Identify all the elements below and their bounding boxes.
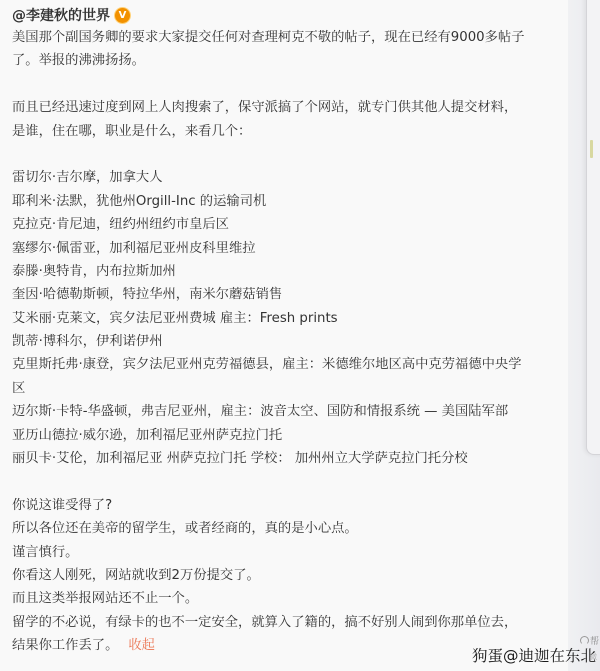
doxxed-list-item: 克拉克·肯尼迪，纽约州纽约市皇后区 [12, 213, 560, 236]
post-container: @李建秋的世界 V 美国那个副国务卿的要求大家提交任何对查理柯克不敬的帖子，现在… [0, 0, 568, 671]
doxxed-list-item: 耶利米·法默，犹他州Orgill-Inc 的运输司机 [12, 190, 560, 213]
side-panel-marker [590, 140, 593, 158]
post-text-line: 而且这类举报网站还不止一个。 [12, 587, 560, 610]
doxxed-list-item: 艾米丽·克莱文，宾夕法尼亚州费城 雇主：Fresh prints [12, 307, 560, 330]
verified-badge-icon: V [115, 8, 130, 23]
doxxed-list-item: 塞缪尔·佩雷亚，加利福尼亚州皮科里维拉 [12, 237, 560, 260]
paragraph-spacer [12, 73, 560, 96]
doxxed-list-item: 丽贝卡·艾伦，加利福尼亚 州萨克拉门托 学校： 加州州立大学萨克拉门托分校 [12, 447, 560, 470]
post-text-line: 留学的不必说，有绿卡的也不一定安全，就算入了籍的，搞不好别人闹到你那单位去， [12, 611, 560, 634]
doxxed-list-item: 亚历山德拉·威尔逊，加利福尼亚州萨克拉门托 [12, 424, 560, 447]
post-text-line: 结果你工作丢了。 [12, 638, 118, 653]
doxxed-list-item: 奎因·哈德勒斯顿，特拉华州，南米尔蘑菇销售 [12, 283, 560, 306]
right-side-panel[interactable] [586, 0, 600, 455]
doxxed-list-item: 雷切尔·吉尔摩，加拿大人 [12, 166, 560, 189]
post-text-line: 而且已经迅速过度到网上人肉搜索了，保守派搞了个网站，就专门供其他人提交材料， [12, 96, 560, 119]
post-text-line: 你看这人刚死，网站就收到2万份提交了。 [12, 564, 560, 587]
doxxed-list-item: 克里斯托弗·康登，宾夕法尼亚州克劳福德县，雇主：米德维尔地区高中克劳福德中央学 [12, 353, 560, 376]
help-label: 帮 [590, 634, 599, 647]
post-text-line: 你说这谁受得了? [12, 494, 560, 517]
refresh-help-icon [580, 636, 589, 645]
doxxed-list-item: 迈尔斯·卡特-华盛顿，弗吉尼亚州，雇主：波音太空、国防和情报系统 — 美国陆军部 [12, 400, 560, 423]
post-text-line: 了。举报的沸沸扬扬。 [12, 49, 560, 72]
help-sub-label: 微 [590, 652, 597, 662]
author-name[interactable]: @李建秋的世界 [12, 5, 110, 25]
post-text-line: 美国那个副国务卿的要求大家提交任何对查理柯克不敬的帖子，现在已经有9000多帖子 [12, 26, 560, 49]
paragraph-spacer [12, 143, 560, 166]
help-button[interactable]: 帮 微 [578, 634, 600, 671]
post-text-line: 谨言慎行。 [12, 541, 560, 564]
post-content: @李建秋的世界 V 美国那个副国务卿的要求大家提交任何对查理柯克不敬的帖子，现在… [12, 4, 560, 658]
post-body: 美国那个副国务卿的要求大家提交任何对查理柯克不敬的帖子，现在已经有9000多帖子… [12, 26, 560, 658]
post-text-line: 是谁，住在哪，职业是什么，来看几个： [12, 120, 560, 143]
doxxed-list-item: 泰滕·奥特肯，内布拉斯加州 [12, 260, 560, 283]
post-text-line: 所以各位还在美帝的留学生，或者经商的，真的是小心点。 [12, 517, 560, 540]
weibo-post-page: @李建秋的世界 V 美国那个副国务卿的要求大家提交任何对查理柯克不敬的帖子，现在… [0, 0, 600, 671]
collapse-link[interactable]: 收起 [128, 638, 155, 653]
doxxed-list-item: 区 [12, 377, 560, 400]
doxxed-list-item: 凯蒂·博科尔，伊利诺伊州 [12, 330, 560, 353]
post-author-row: @李建秋的世界 V [12, 4, 560, 26]
paragraph-spacer [12, 470, 560, 493]
